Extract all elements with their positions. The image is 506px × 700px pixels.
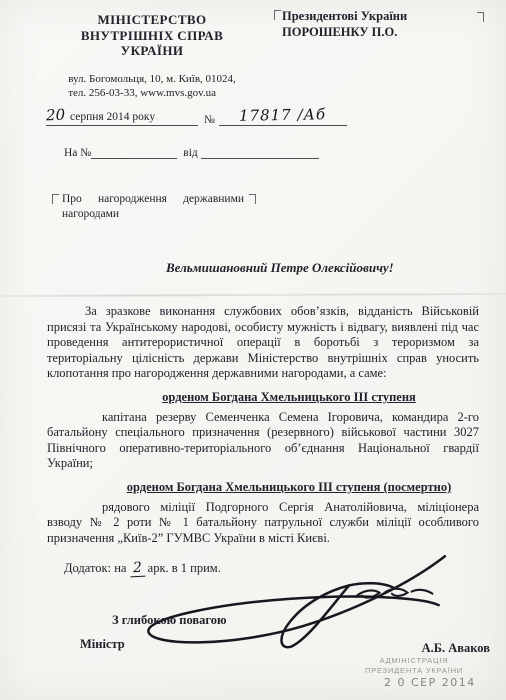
number-sign: № xyxy=(204,114,215,126)
handwritten-number: 17817 /Аб xyxy=(239,105,326,125)
handwritten-day: 20 xyxy=(46,106,66,125)
ministry-name-line: МІНІСТЕРСТВО xyxy=(34,12,270,28)
paper-crease-line xyxy=(0,293,506,297)
crop-mark-right-icon xyxy=(477,12,484,22)
reply-number-blank xyxy=(91,145,177,159)
reply-number-label: На № xyxy=(64,147,91,159)
date-field: 20 серпня 2014 року xyxy=(46,106,198,126)
ministry-address: вул. Богомольця, 10, м. Київ, 01024, тел… xyxy=(68,72,236,101)
address-line: тел. 256-03-33, www.mvs.gov.ua xyxy=(68,86,236,101)
reply-reference-line: На № від xyxy=(64,145,319,159)
award1-heading: орденом Богдана Хмельницького III ступен… xyxy=(99,390,479,406)
address-line: вул. Богомольця, 10, м. Київ, 01024, xyxy=(68,72,236,87)
letterhead-sender-block: МІНІСТЕРСТВО ВНУТРІШНІХ СПРАВ УКРАЇНИ ву… xyxy=(34,12,270,101)
registry-stamp-date: 2 0 СЕР 2014 xyxy=(384,676,476,689)
letter-body: За зразкове виконання службових обов’язк… xyxy=(47,304,479,546)
registry-stamp: АДМІНІСТРАЦІЯ ПРЕЗИДЕНТА УКРАЇНИ xyxy=(364,656,464,676)
subject-text: Про нагородження державними нагородами xyxy=(62,192,244,222)
salutation: Вельмишановний Петре Олексійовичу! xyxy=(166,260,394,276)
stamp-line: АДМІНІСТРАЦІЯ xyxy=(364,656,464,666)
crop-mark-left-icon xyxy=(274,10,281,20)
ministry-name-line: ВНУТРІШНІХ СПРАВ xyxy=(34,28,270,44)
award2-heading: орденом Богдана Хмельницького III ступен… xyxy=(99,480,479,496)
attachment-suffix: арк. в 1 прим. xyxy=(148,561,221,575)
signer-position: Міністр xyxy=(80,637,125,652)
handwritten-sheet-count: 2 xyxy=(129,560,145,578)
award1-paragraph: капітана резерву Семенченка Семена Ігоро… xyxy=(47,410,479,472)
reply-date-blank xyxy=(201,145,319,159)
subject-block: Про нагородження державними нагородами xyxy=(62,192,244,222)
ministry-name-line: УКРАЇНИ xyxy=(34,43,270,59)
recipient-block: Президентові України ПОРОШЕНКУ П.О. xyxy=(282,8,486,40)
crop-mark-left-icon xyxy=(52,194,59,204)
scanned-letter-page: МІНІСТЕРСТВО ВНУТРІШНІХ СПРАВ УКРАЇНИ ву… xyxy=(0,0,506,700)
ministry-name: МІНІСТЕРСТВО ВНУТРІШНІХ СПРАВ УКРАЇНИ xyxy=(34,12,270,59)
recipient-name: ПОРОШЕНКУ П.О. xyxy=(282,24,486,40)
outgoing-number-field: 17817 /Аб xyxy=(219,106,347,126)
attachment-prefix: Додаток: на xyxy=(64,561,126,575)
attachment-note: Додаток: на 2 арк. в 1 прим. xyxy=(64,560,221,577)
closing-regards: З глибокою повагою xyxy=(112,613,227,628)
intro-paragraph: За зразкове виконання службових обов’язк… xyxy=(47,304,479,382)
stamp-line: ПРЕЗИДЕНТА УКРАЇНИ xyxy=(364,666,464,676)
recipient-title: Президентові України xyxy=(282,8,486,24)
printed-date: серпня 2014 року xyxy=(70,111,155,123)
award2-paragraph: рядового міліції Подгорного Сергія Анато… xyxy=(47,500,479,547)
outgoing-reference-line: 20 серпня 2014 року№17817 /Аб xyxy=(46,106,347,126)
signer-name: А.Б. Аваков xyxy=(422,641,490,656)
crop-mark-right-icon xyxy=(249,194,256,204)
reply-date-label: від xyxy=(183,147,197,159)
